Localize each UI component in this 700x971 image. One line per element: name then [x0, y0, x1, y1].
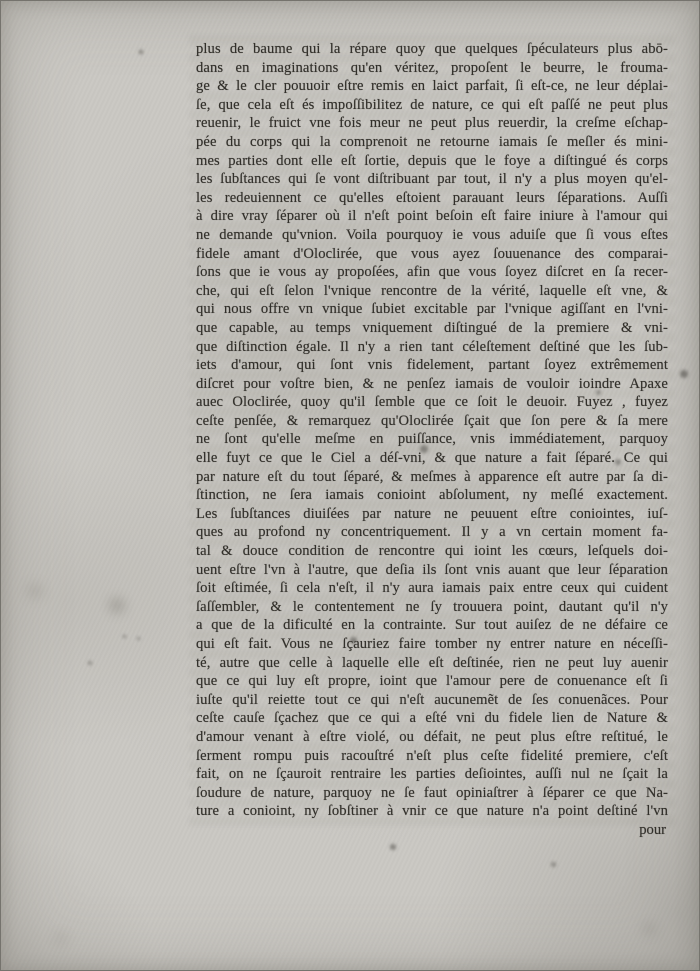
text-line: ſons que ie vous ay propoſées, afin que … [196, 263, 668, 282]
text-line: que capable, au temps vniquement diſting… [196, 319, 668, 338]
text-line: a que de la dificulté en la contrainte. … [196, 616, 668, 635]
text-line: elle fuyt ce que le Ciel a déſ-vni, & qu… [196, 449, 668, 468]
text-line: ne ſont qu'elle meſme en puiſſance, vnis… [196, 430, 668, 449]
book-page-scan: plus de baume qui la répare quoy que que… [0, 0, 700, 971]
text-line: dans en imaginations qu'en véritez, prop… [196, 59, 668, 78]
ink-stain [137, 637, 140, 640]
ink-stain [390, 844, 396, 850]
text-line: fidele amant d'Oloclirée, que vous ayez … [196, 245, 668, 264]
text-line: qui eſt fait. Vous ne ſçauriez faire tom… [196, 635, 668, 654]
body-text: plus de baume qui la répare quoy que que… [196, 40, 668, 821]
text-line: pée du corps qui la comprenoit ne retour… [196, 133, 668, 152]
text-line: uent eſtre l'vn à l'autre, que deſia ils… [196, 561, 668, 580]
text-line: ſerment rompu puis racouſtré n'eſt plus … [196, 747, 668, 766]
text-line: ſe, que cela eſt és impoſſibilitez de na… [196, 96, 668, 115]
text-line: les ſubſtances qui ſe vont diſtribuant p… [196, 170, 668, 189]
text-line: té, autre que celle à laquelle elle eſt … [196, 654, 668, 673]
ink-stain [123, 635, 126, 638]
ink-stain [139, 50, 143, 54]
text-line: fait, on ne ſçauroit rentraire les parti… [196, 765, 668, 784]
text-line: par nature eſt du tout ſéparé, & meſmes … [196, 468, 668, 487]
text-line: reuenir, le fruict vne fois meur ne peut… [196, 114, 668, 133]
text-line: ceſte cauſe ſçachez que ce qui a eſté vn… [196, 709, 668, 728]
ink-stain [680, 370, 688, 378]
ink-stain [88, 661, 92, 665]
text-line: ſtinction, ne ſera iamais conioint abſol… [196, 486, 668, 505]
text-line: ceſte penſée, & remarquez qu'Oloclirée ſ… [196, 412, 668, 431]
text-line: ſoit eſtimée, ſi cela n'eſt, il n'y aura… [196, 579, 668, 598]
text-line: diſcret pour voſtre bien, & ne penſez ia… [196, 375, 668, 394]
text-line: Les ſubſtances diuiſées par nature ne pe… [196, 505, 668, 524]
text-line: que ce qui luy eſt propre, ioint que l'a… [196, 672, 668, 691]
text-line: tal & douce condition de rencontre qui i… [196, 542, 668, 561]
ink-stain [551, 862, 556, 867]
text-line: que diſtinction égale. Il n'y a rien tan… [196, 338, 668, 357]
text-line: ge & le cler pouuoir eſtre remis en laic… [196, 77, 668, 96]
text-line: ſaſſembler, & le contentement ne ſy trou… [196, 598, 668, 617]
text-line: qui nous offre vn vnique ſubiet excitabl… [196, 300, 668, 319]
text-line: ſoudure de nature, parquoy ne ſe faut op… [196, 784, 668, 803]
text-line: iets d'amour, qui ſont vnis fidelement, … [196, 356, 668, 375]
ink-stain [644, 924, 655, 934]
text-line: à dire vray ſéparer où il n'eſt point be… [196, 207, 668, 226]
text-line: auec Oloclirée, quoy qu'il ſemble que ce… [196, 393, 668, 412]
text-line: d'amour venant à eſtre violé, ou défait,… [196, 728, 668, 747]
text-line: ture a conioint, ny ſobſtiner à vnir ce … [196, 802, 668, 821]
text-line: mes parties dont elle eſt ſortie, depuis… [196, 152, 668, 171]
text-line: ques au profond ny concentriquement. Il … [196, 523, 668, 542]
text-line: iuſte qu'il reiette tout ce qui n'eſt au… [196, 691, 668, 710]
ink-stain [110, 599, 124, 612]
catchword: pour [639, 821, 666, 840]
text-line: ne demande qu'vnion. Voila pourquoy ie v… [196, 226, 668, 245]
text-line: plus de baume qui la répare quoy que que… [196, 40, 668, 59]
text-line: che, qui eſt ſelon l'vnique rencontre de… [196, 282, 668, 301]
text-line: les redeuiennent ce qu'elles eſtoient pa… [196, 189, 668, 208]
ink-stain [55, 933, 67, 944]
ink-stain [27, 584, 43, 598]
